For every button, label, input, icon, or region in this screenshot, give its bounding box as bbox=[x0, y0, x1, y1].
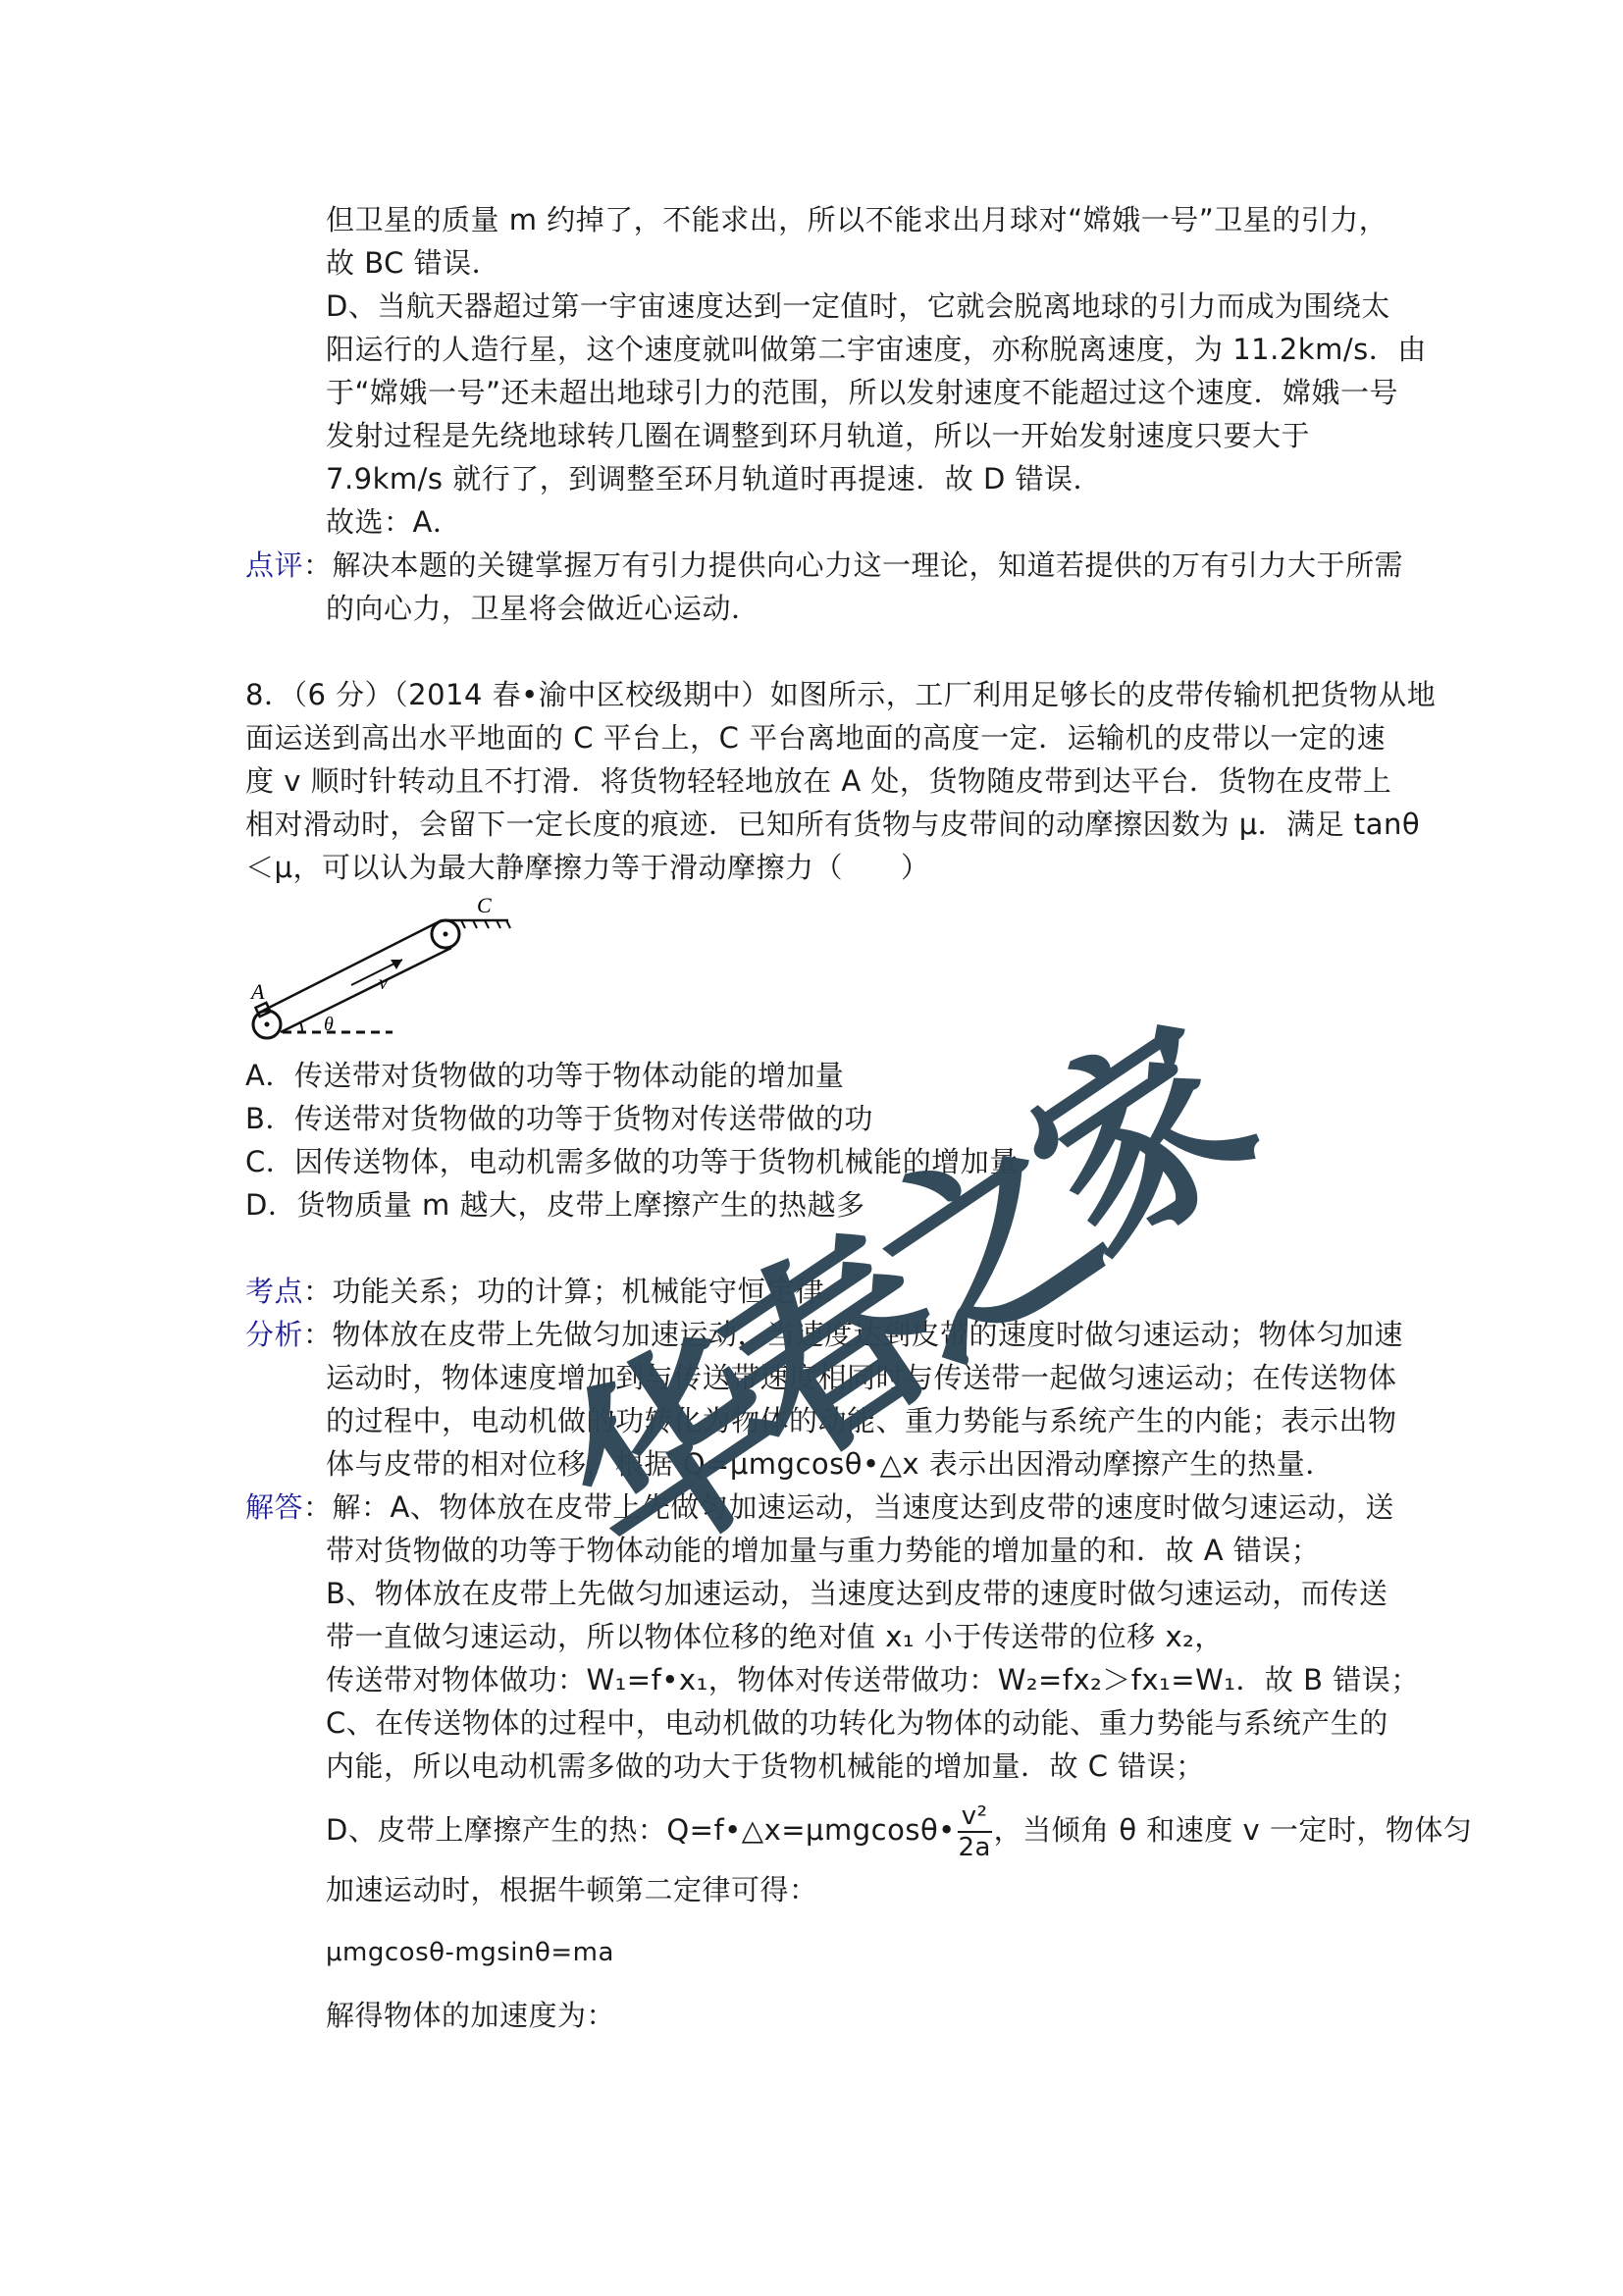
fenxi-text: ：物体放在皮带上先做匀加速运动，当速度达到皮带的速度时做匀速运动；物体匀加速 bbox=[303, 1318, 1403, 1351]
question-line: ＜μ，可以认为最大静摩擦力等于滑动摩擦力（ ） bbox=[245, 846, 929, 889]
d-line-post: ，当倾角 θ 和速度 v 一定时，物体匀 bbox=[994, 1813, 1473, 1847]
text-line: 故选：A． bbox=[326, 500, 461, 544]
option-a: A．传送带对货物做的功等于物体动能的增加量 bbox=[245, 1054, 844, 1097]
label-v: v bbox=[379, 972, 388, 994]
text-line: 7.9km/s 就行了，到调整至环月轨道时再提速．故 D 错误． bbox=[326, 457, 1102, 500]
label-a: A bbox=[249, 979, 265, 1004]
fraction-denominator: 2a bbox=[958, 1833, 992, 1862]
jieda-text: ：解：A、物体放在皮带上先做匀加速运动，当速度达到皮带的速度时做匀速运动，送 bbox=[303, 1490, 1394, 1524]
text-line: 发射过程是先绕地球转几圈在调整到环月轨道，所以一开始发射速度只要大于 bbox=[326, 414, 1310, 457]
fenxi-block: 分析：物体放在皮带上先做匀加速运动，当速度达到皮带的速度时做匀速运动；物体匀加速 bbox=[245, 1313, 1403, 1356]
d-line-pre: D、皮带上摩擦产生的热：Q=f•△x=μmgcosθ• bbox=[326, 1813, 956, 1847]
d-formula-line: D、皮带上摩擦产生的热：Q=f•△x=μmgcosθ•v²2a，当倾角 θ 和速… bbox=[326, 1801, 1472, 1862]
text-line: 传送带对物体做功：W₁=f•x₁，物体对传送带做功：W₂=fx₂＞fx₁=W₁．… bbox=[326, 1658, 1420, 1701]
jieda-label: 解答 bbox=[245, 1490, 303, 1524]
label-theta: θ bbox=[324, 1014, 334, 1035]
text-line: 阳运行的人造行星，这个速度就叫做第二宇宙速度，亦称脱离速度，为 11.2km/s… bbox=[326, 328, 1427, 371]
kaodian-block: 考点：功能关系；功的计算；机械能守恒定律． bbox=[245, 1270, 854, 1313]
question-line: 度 v 顺时针转动且不打滑．将货物轻轻地放在 A 处，货物随皮带到达平台．货物在… bbox=[245, 759, 1391, 803]
question-line: 8．（6 分）（2014 春•渝中区校级期中）如图所示，工厂利用足够长的皮带传输… bbox=[245, 673, 1436, 716]
text-line: 内能，所以电动机需多做的功大于货物机械能的增加量．故 C 错误； bbox=[326, 1745, 1205, 1788]
text-line: 的向心力，卫星将会做近心运动． bbox=[326, 587, 760, 630]
conveyor-belt-diagram: A C v θ bbox=[245, 895, 520, 1042]
text-line: D、当航天器超过第一宇宙速度达到一定值时，它就会脱离地球的引力而成为围绕太 bbox=[326, 285, 1390, 328]
fenxi-label: 分析 bbox=[245, 1318, 303, 1351]
kaodian-text: ：功能关系；功的计算；机械能守恒定律． bbox=[303, 1275, 854, 1308]
label-c: C bbox=[477, 895, 492, 917]
text-line: 解得物体的加速度为： bbox=[326, 1994, 615, 2037]
equation: μmgcosθ-mgsinθ=ma bbox=[326, 1931, 614, 1974]
kaodian-label: 考点 bbox=[245, 1275, 303, 1308]
text-line: 带一直做匀速运动，所以物体位移的绝对值 x₁ 小于传送带的位移 x₂， bbox=[326, 1615, 1224, 1658]
option-c: C．因传送物体，电动机需多做的功等于货物机械能的增加量 bbox=[245, 1140, 1019, 1183]
text-line: 运动时，物体速度增加到与传送带速度相同时与传送带一起做匀速运动；在传送物体 bbox=[326, 1356, 1397, 1399]
document-page: 但卫星的质量 m 约掉了，不能求出，所以不能求出月球对“嫦娥一号”卫星的引力， … bbox=[0, 0, 1623, 2296]
question-line: 相对滑动时，会留下一定长度的痕迹．已知所有货物与皮带间的动摩擦因数为 μ．满足 … bbox=[245, 803, 1420, 846]
text-line: 带对货物做的功等于物体动能的增加量与重力势能的增加量的和．故 A 错误； bbox=[326, 1529, 1320, 1572]
option-b: B．传送带对货物做的功等于货物对传送带做的功 bbox=[245, 1097, 873, 1140]
text-line: 但卫星的质量 m 约掉了，不能求出，所以不能求出月球对“嫦娥一号”卫星的引力， bbox=[326, 198, 1387, 241]
fraction: v²2a bbox=[958, 1801, 992, 1862]
text-line: 故 BC 错误． bbox=[326, 241, 500, 285]
comment-block: 点评：解决本题的关键掌握万有引力提供向心力这一理论，知道若提供的万有引力大于所需 bbox=[245, 544, 1403, 587]
comment-text: ：解决本题的关键掌握万有引力提供向心力这一理论，知道若提供的万有引力大于所需 bbox=[303, 548, 1403, 582]
question-line: 面运送到高出水平地面的 C 平台上，C 平台离地面的高度一定．运输机的皮带以一定… bbox=[245, 716, 1386, 759]
option-d: D．货物质量 m 越大，皮带上摩擦产生的热越多 bbox=[245, 1183, 865, 1226]
text-line: C、在传送物体的过程中，电动机做的功转化为物体的动能、重力势能与系统产生的 bbox=[326, 1701, 1388, 1745]
text-line: B、物体放在皮带上先做匀加速运动，当速度达到皮带的速度时做匀速运动，而传送 bbox=[326, 1572, 1387, 1615]
text-line: 的过程中，电动机做的功转化为物体的动能、重力势能与系统产生的内能；表示出物 bbox=[326, 1399, 1397, 1442]
comment-label: 点评 bbox=[245, 548, 303, 582]
text-line: 于“嫦娥一号”还未超出地球引力的范围，所以发射速度不能超过这个速度．嫦娥一号 bbox=[326, 371, 1398, 414]
text-line: 加速运动时，根据牛顿第二定律可得： bbox=[326, 1868, 818, 1911]
fraction-numerator: v² bbox=[958, 1801, 992, 1833]
jieda-block: 解答：解：A、物体放在皮带上先做匀加速运动，当速度达到皮带的速度时做匀速运动，送 bbox=[245, 1486, 1394, 1529]
text-line: 体与皮带的相对位移，根据 Q=μmgcosθ•△x 表示出因滑动摩擦产生的热量． bbox=[326, 1442, 1335, 1486]
